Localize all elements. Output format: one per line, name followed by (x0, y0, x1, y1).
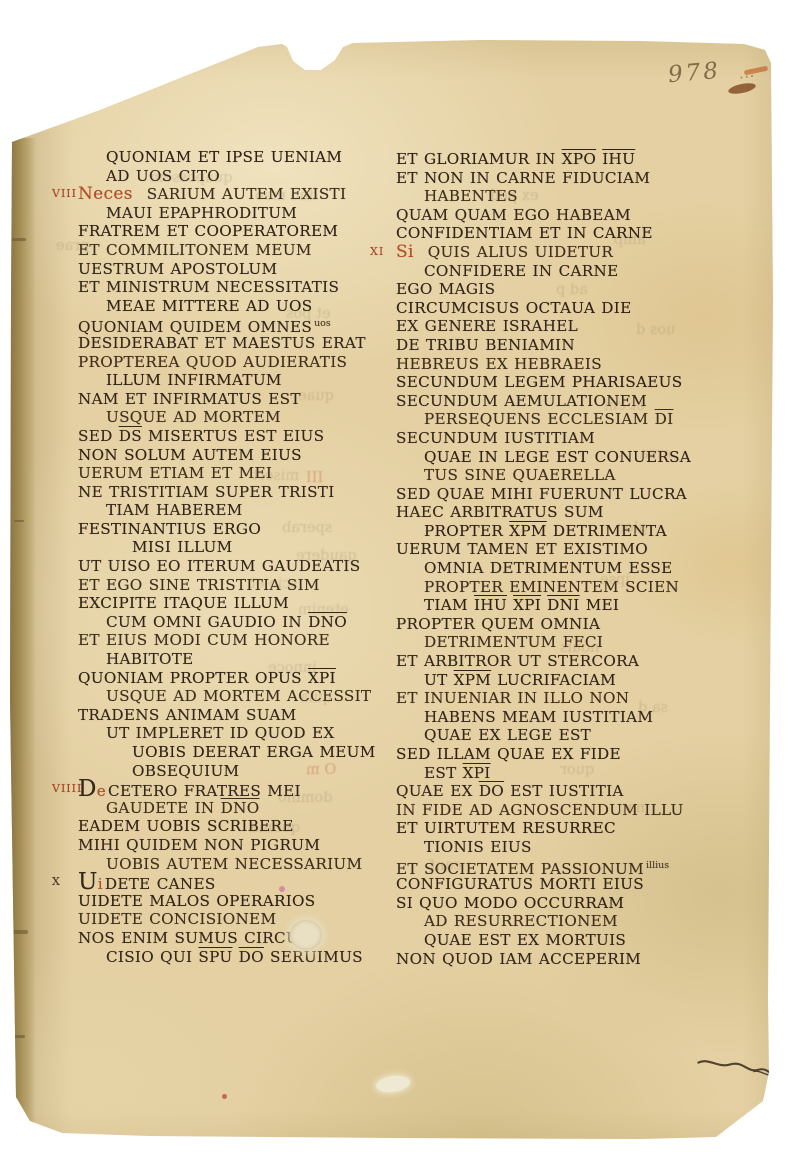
rubric-text: e (97, 782, 106, 800)
line-text: PROPTER QUEM OMNIA (396, 615, 600, 633)
folio-number: 978 (667, 58, 722, 89)
text-line: UT XPM LUCRIFACIAM (396, 671, 716, 690)
line-text: UERUM ETIAM ET MEI (78, 464, 272, 482)
text-line: UIDETE CONCISIONEM (78, 910, 398, 929)
text-line: PROPTER XPM DETRIMENTA (396, 522, 716, 541)
text-line: EST XPI (396, 764, 716, 783)
line-text: ET EIUS MODI CUM HONORE (78, 631, 330, 649)
nomen-sacrum: DNO (308, 613, 347, 631)
line-text: UT XPM LUCRIFACIAM (424, 671, 616, 689)
line-text: PROPTER XPM DETRIMENTA (424, 522, 667, 540)
line-text: CONFIGURATUS MORTI EIUS (396, 875, 644, 893)
line-text: PROPTEREA QUOD AUDIERATIS (78, 353, 347, 371)
text-line: SECUNDUM IUSTITIAM (396, 429, 716, 448)
line-text: EX GENERE ISRAHEL (396, 317, 578, 335)
line-text: USQUE AD MORTEM ACCESSIT (106, 687, 371, 705)
text-line: AD RESURRECTIONEM (396, 912, 716, 931)
ink-stain (727, 81, 756, 96)
text-line: DE TRIBU BENIAMIN (396, 336, 716, 355)
nomen-sacrum: XPI (308, 669, 336, 687)
binding-notch (12, 238, 26, 241)
line-text: MAUI EPAPHRODITUM (106, 204, 297, 222)
line-text: ILLUM INFIRMATUM (106, 371, 282, 389)
text-line: MAUI EPAPHRODITUM (78, 204, 398, 223)
nomen-sacrum: XPI (513, 596, 541, 614)
line-text: HABENTES (424, 187, 518, 205)
line-text: QUIS ALIUS UIDETUR (428, 243, 613, 261)
text-line: UT UISO EO ITERUM GAUDEATIS (78, 557, 398, 576)
text-line: ET EGO SINE TRISTITIA SIM (78, 576, 398, 595)
nomen-sacrum: DS (119, 427, 142, 445)
line-text: SED ILLAM QUAE EX FIDE (396, 745, 621, 763)
line-text: UT IMPLERET ID QUOD EX (106, 724, 334, 742)
line-text: SED QUAE MIHI FUERUNT LUCRA (396, 485, 687, 503)
line-text: ET ARBITROR UT STERCORA (396, 652, 639, 670)
line-text: EST XPI (424, 764, 491, 782)
line-text: OMNIA DETRIMENTUM ESSE (424, 559, 673, 577)
text-line: QUONIAM ET IPSE UENIAM (78, 148, 398, 167)
line-text: SI QUO MODO OCCURRAM (396, 894, 624, 912)
line-text: UOBIS DEERAT ERGA MEUM (132, 743, 376, 761)
wax-drip (375, 1074, 411, 1095)
text-line: MEAE MITTERE AD UOS (78, 297, 398, 316)
nomen-sacrum: DO (239, 948, 264, 966)
superscript-tail: uos (314, 318, 331, 329)
text-line: OMNIA DETRIMENTUM ESSE (396, 559, 716, 578)
nomen-sacrum: XPI (463, 764, 491, 782)
text-line: PROPTER QUEM OMNIA (396, 615, 716, 634)
text-line: CUM OMNI GAUDIO IN DNO (78, 613, 398, 632)
parchment-repair-spot (290, 920, 322, 950)
text-line: QUAE EX DO EST IUSTITIA (396, 782, 716, 801)
line-text: TIAM HABEREM (106, 501, 243, 519)
text-line: CONFIDENTIAM ET IN CARNE (396, 224, 716, 243)
line-text: QUAE IN LEGE EST CONUERSA (424, 448, 691, 466)
line-text: QUAE EX DO EST IUSTITIA (396, 782, 624, 800)
text-line: QUAE EX LEGE EST (396, 726, 716, 745)
line-text: SECUNDUM AEMULATIONEM (396, 392, 647, 410)
line-text: ET UIRTUTEM RESURREC (396, 819, 616, 837)
line-text: PROPTER EMINENTEM SCIEN (424, 578, 679, 596)
line-text: ET GLORIAMUR IN XPO IHU (396, 150, 635, 168)
text-line: UOBIS DEERAT ERGA MEUM (78, 743, 398, 762)
text-column-right: ET GLORIAMUR IN XPO IHUET NON IN CARNE F… (396, 150, 716, 968)
text-line: SED DS MISERTUS EST EIUS (78, 427, 398, 446)
text-line: SECUNDUM LEGEM PHARISAEUS (396, 373, 716, 392)
text-line: EXCIPITE ITAQUE ILLUM (78, 594, 398, 613)
text-line: EX GENERE ISRAHEL (396, 317, 716, 336)
line-text: HABENS MEAM IUSTITIAM (424, 708, 653, 726)
line-text: ET EGO SINE TRISTITIA SIM (78, 576, 320, 594)
text-line: ET GLORIAMUR IN XPO IHU (396, 150, 716, 169)
text-line: TIAM HABEREM (78, 501, 398, 520)
line-text: CONFIDENTIAM ET IN CARNE (396, 224, 653, 242)
text-line: VIIIIDeCETERO FRATRES MEI (78, 780, 398, 799)
line-text: NOS ENIM SUMUS CIRCUM (78, 929, 315, 947)
line-text: NON SOLUM AUTEM EIUS (78, 446, 302, 464)
nomen-sacrum: XPO (562, 150, 596, 168)
line-text: CETERO FRATRES MEI (108, 782, 301, 800)
text-line: ET ARBITROR UT STERCORA (396, 652, 716, 671)
nomen-sacrum: XPM (509, 522, 546, 540)
line-text: AD RESURRECTIONEM (424, 912, 618, 930)
nomen-sacrum: DO (479, 782, 504, 800)
line-text: DE TRIBU BENIAMIN (396, 336, 575, 354)
pink-dot-stain (279, 886, 285, 892)
margin-numeral: XI (370, 246, 384, 258)
text-line: HEBREUS EX HEBRAEIS (396, 355, 716, 374)
red-dot-stain (222, 1094, 227, 1099)
text-line: NOS ENIM SUMUS CIRCUM (78, 929, 398, 948)
line-text: MIHI QUIDEM NON PIGRUM (78, 836, 320, 854)
line-text: NE TRISTITIAM SUPER TRISTI (78, 483, 335, 501)
text-line: ET INUENIAR IN ILLO NON (396, 689, 716, 708)
line-text: QUONIAM ET IPSE UENIAM (106, 148, 342, 166)
nomen-sacrum: DNI (547, 596, 579, 614)
margin-numeral: VIII (52, 188, 77, 200)
line-text: QUAE EST EX MORTUIS (424, 931, 626, 949)
line-text: UT UISO EO ITERUM GAUDEATIS (78, 557, 360, 575)
text-line: SI QUO MODO OCCURRAM (396, 894, 716, 913)
text-line: PERSEQUENS ECCLESIAM DI (396, 410, 716, 429)
line-text: DETE CANES (105, 875, 216, 893)
line-text: ET MINISTRUM NECESSITATIS (78, 278, 339, 296)
text-line: XUiDETE CANES (78, 873, 398, 892)
line-text: NAM ET INFIRMATUS EST (78, 390, 301, 408)
line-text: CIRCUMCISUS OCTAUA DIE (396, 299, 631, 317)
binding-edge (10, 138, 36, 1124)
line-text: QUONIAM PROPTER OPUS XPI (78, 669, 336, 687)
line-text: SECUNDUM IUSTITIAM (396, 429, 595, 447)
line-text: AD UOS CITO (106, 167, 220, 185)
line-text: SARIUM AUTEM EXISTI (147, 185, 347, 203)
line-text: DETRIMENTUM FECI (424, 633, 603, 651)
binding-notch (12, 930, 28, 934)
line-text: CUM OMNI GAUDIO IN DNO (106, 613, 347, 631)
line-text: PERSEQUENS ECCLESIAM DI (424, 410, 673, 428)
text-line: ET EIUS MODI CUM HONORE (78, 631, 398, 650)
text-line: QUAE EST EX MORTUIS (396, 931, 716, 950)
line-text: ET NON IN CARNE FIDUCIAM (396, 169, 650, 187)
line-text: EADEM UOBIS SCRIBERE (78, 817, 294, 835)
line-text: MISI ILLUM (132, 538, 233, 556)
line-text: GAUDETE IN DNO (106, 799, 259, 817)
line-text: FESTINANTIUS ERGO (78, 520, 261, 538)
text-line: GAUDETE IN DNO (78, 799, 398, 818)
text-line: SED ILLAM QUAE EX FIDE (396, 745, 716, 764)
text-line: NE TRISTITIAM SUPER TRISTI (78, 483, 398, 502)
line-text: FRATREM ET COOPERATOREM (78, 222, 338, 240)
text-line: AD UOS CITO (78, 167, 398, 186)
rubric-text: Si (396, 242, 414, 262)
text-line: CIRCUMCISUS OCTAUA DIE (396, 299, 716, 318)
text-line: USQUE AD MORTEM ACCESSIT (78, 687, 398, 706)
nomen-sacrum: DNO (221, 799, 260, 817)
text-line: XISiQUIS ALIUS UIDETUR (396, 243, 716, 262)
margin-numeral: VIIII (52, 783, 82, 795)
text-line: SECUNDUM AEMULATIONEM (396, 392, 716, 411)
rubric-text: i (98, 875, 103, 893)
line-text: UERUM TAMEN ET EXISTIMO (396, 540, 648, 558)
line-text: UESTRUM APOSTOLUM (78, 260, 277, 278)
binding-notch (14, 520, 24, 522)
text-line: IN FIDE AD AGNOSCENDUM ILLU (396, 801, 716, 820)
text-line: MIHI QUIDEM NON PIGRUM (78, 836, 398, 855)
text-line: QUONIAM QUIDEM OMNESuos (78, 315, 398, 334)
line-text: SED DS MISERTUS EST EIUS (78, 427, 324, 445)
manuscript-photo: 978 ⋯ QUONIAM ET IPSE UENIAMAD UOS CITOV… (0, 0, 800, 1175)
line-text: EXCIPITE ITAQUE ILLUM (78, 594, 289, 612)
text-line: ET COMMILITONEM MEUM (78, 241, 398, 260)
text-line: EGO MAGIS (396, 280, 716, 299)
text-line: CONFIDERE IN CARNE (396, 262, 716, 281)
text-line: QUAM QUAM EGO HABEAM (396, 206, 716, 225)
line-text: UIDETE MALOS OPERARIOS (78, 892, 316, 910)
text-line: TIONIS EIUS (396, 838, 716, 857)
line-text: UOBIS AUTEM NECESSARIUM (106, 855, 362, 873)
text-line: HABENTES (396, 187, 716, 206)
margin-numeral: X (52, 876, 61, 888)
text-line: OBSEQUIUM (78, 762, 398, 781)
text-line: HAEC ARBITRATUS SUM (396, 503, 716, 522)
text-line: NON QUOD IAM ACCEPERIM (396, 950, 716, 969)
text-line: TRADENS ANIMAM SUAM (78, 706, 398, 725)
text-line: PROPTEREA QUOD AUDIERATIS (78, 353, 398, 372)
line-text: MEAE MITTERE AD UOS (106, 297, 312, 315)
line-text: HAEC ARBITRATUS SUM (396, 503, 604, 521)
binding-notch (13, 1035, 25, 1038)
line-text: UIDETE CONCISIONEM (78, 910, 276, 928)
text-line: DETRIMENTUM FECI (396, 633, 716, 652)
line-text: EGO MAGIS (396, 280, 495, 298)
text-line: EADEM UOBIS SCRIBERE (78, 817, 398, 836)
line-text: DESIDERABAT ET MAESTUS ERAT (78, 334, 366, 352)
line-text: USQUE AD MORTEM (106, 408, 281, 426)
line-text: TIONIS EIUS (424, 838, 532, 856)
line-text: CONFIDERE IN CARNE (424, 262, 618, 280)
line-text: TIAM IHU XPI DNI MEI (424, 596, 619, 614)
text-line: HABENS MEAM IUSTITIAM (396, 708, 716, 727)
line-text: SECUNDUM LEGEM PHARISAEUS (396, 373, 682, 391)
line-text: TUS SINE QUAERELLA (424, 466, 616, 484)
line-text: QUAE EX LEGE EST (424, 726, 591, 744)
text-line: UESTRUM APOSTOLUM (78, 260, 398, 279)
text-line: ET SOCIETATEM PASSIONUMillius (396, 857, 716, 876)
nomen-sacrum: XPM (454, 671, 491, 689)
line-text: NON QUOD IAM ACCEPERIM (396, 950, 641, 968)
text-line: NON SOLUM AUTEM EIUS (78, 446, 398, 465)
text-line: UT IMPLERET ID QUOD EX (78, 724, 398, 743)
text-line: MISI ILLUM (78, 538, 398, 557)
text-line: SED QUAE MIHI FUERUNT LUCRA (396, 485, 716, 504)
text-line: UIDETE MALOS OPERARIOS (78, 892, 398, 911)
text-line: TIAM IHU XPI DNI MEI (396, 596, 716, 615)
text-line: UERUM TAMEN ET EXISTIMO (396, 540, 716, 559)
rubric-text: Neces (78, 184, 133, 204)
marginal-scribble (695, 1052, 779, 1085)
text-line: VIIINecesSARIUM AUTEM EXISTI (78, 185, 398, 204)
text-line: QUAE IN LEGE EST CONUERSA (396, 448, 716, 467)
text-line: UERUM ETIAM ET MEI (78, 464, 398, 483)
line-text: OBSEQUIUM (132, 762, 239, 780)
nomen-sacrum: IHU (474, 596, 507, 614)
line-text: ET COMMILITONEM MEUM (78, 241, 312, 259)
parchment-page: 978 ⋯ QUONIAM ET IPSE UENIAMAD UOS CITOV… (0, 0, 800, 1175)
text-line: CONFIGURATUS MORTI EIUS (396, 875, 716, 894)
text-line: NAM ET INFIRMATUS EST (78, 390, 398, 409)
text-line: TUS SINE QUAERELLA (396, 466, 716, 485)
line-text: ET INUENIAR IN ILLO NON (396, 689, 629, 707)
text-line: ET MINISTRUM NECESSITATIS (78, 278, 398, 297)
text-line: PROPTER EMINENTEM SCIEN (396, 578, 716, 597)
text-line: FESTINANTIUS ERGO (78, 520, 398, 539)
line-text: CISIO QUI SPU DO SERUIMUS (106, 948, 363, 966)
text-line: FRATREM ET COOPERATOREM (78, 222, 398, 241)
text-line: ET UIRTUTEM RESURREC (396, 819, 716, 838)
text-line: ET NON IN CARNE FIDUCIAM (396, 169, 716, 188)
line-text: HABITOTE (106, 650, 194, 668)
text-line: USQUE AD MORTEM (78, 408, 398, 427)
text-line: QUONIAM PROPTER OPUS XPI (78, 669, 398, 688)
text-line: HABITOTE (78, 650, 398, 669)
text-column-left: QUONIAM ET IPSE UENIAMAD UOS CITOVIIINec… (78, 148, 398, 966)
superscript-tail: illius (646, 860, 669, 871)
nomen-sacrum: SPU (198, 948, 232, 966)
line-text: HEBREUS EX HEBRAEIS (396, 355, 602, 373)
text-line: DESIDERABAT ET MAESTUS ERAT (78, 334, 398, 353)
nomen-sacrum: DI (655, 410, 674, 428)
line-text: TRADENS ANIMAM SUAM (78, 706, 296, 724)
text-line: UOBIS AUTEM NECESSARIUM (78, 855, 398, 874)
nomen-sacrum: IHU (602, 150, 635, 168)
line-text: QUAM QUAM EGO HABEAM (396, 206, 631, 224)
line-text: IN FIDE AD AGNOSCENDUM ILLU (396, 801, 684, 819)
text-line: CISIO QUI SPU DO SERUIMUS (78, 948, 398, 967)
text-line: ILLUM INFIRMATUM (78, 371, 398, 390)
